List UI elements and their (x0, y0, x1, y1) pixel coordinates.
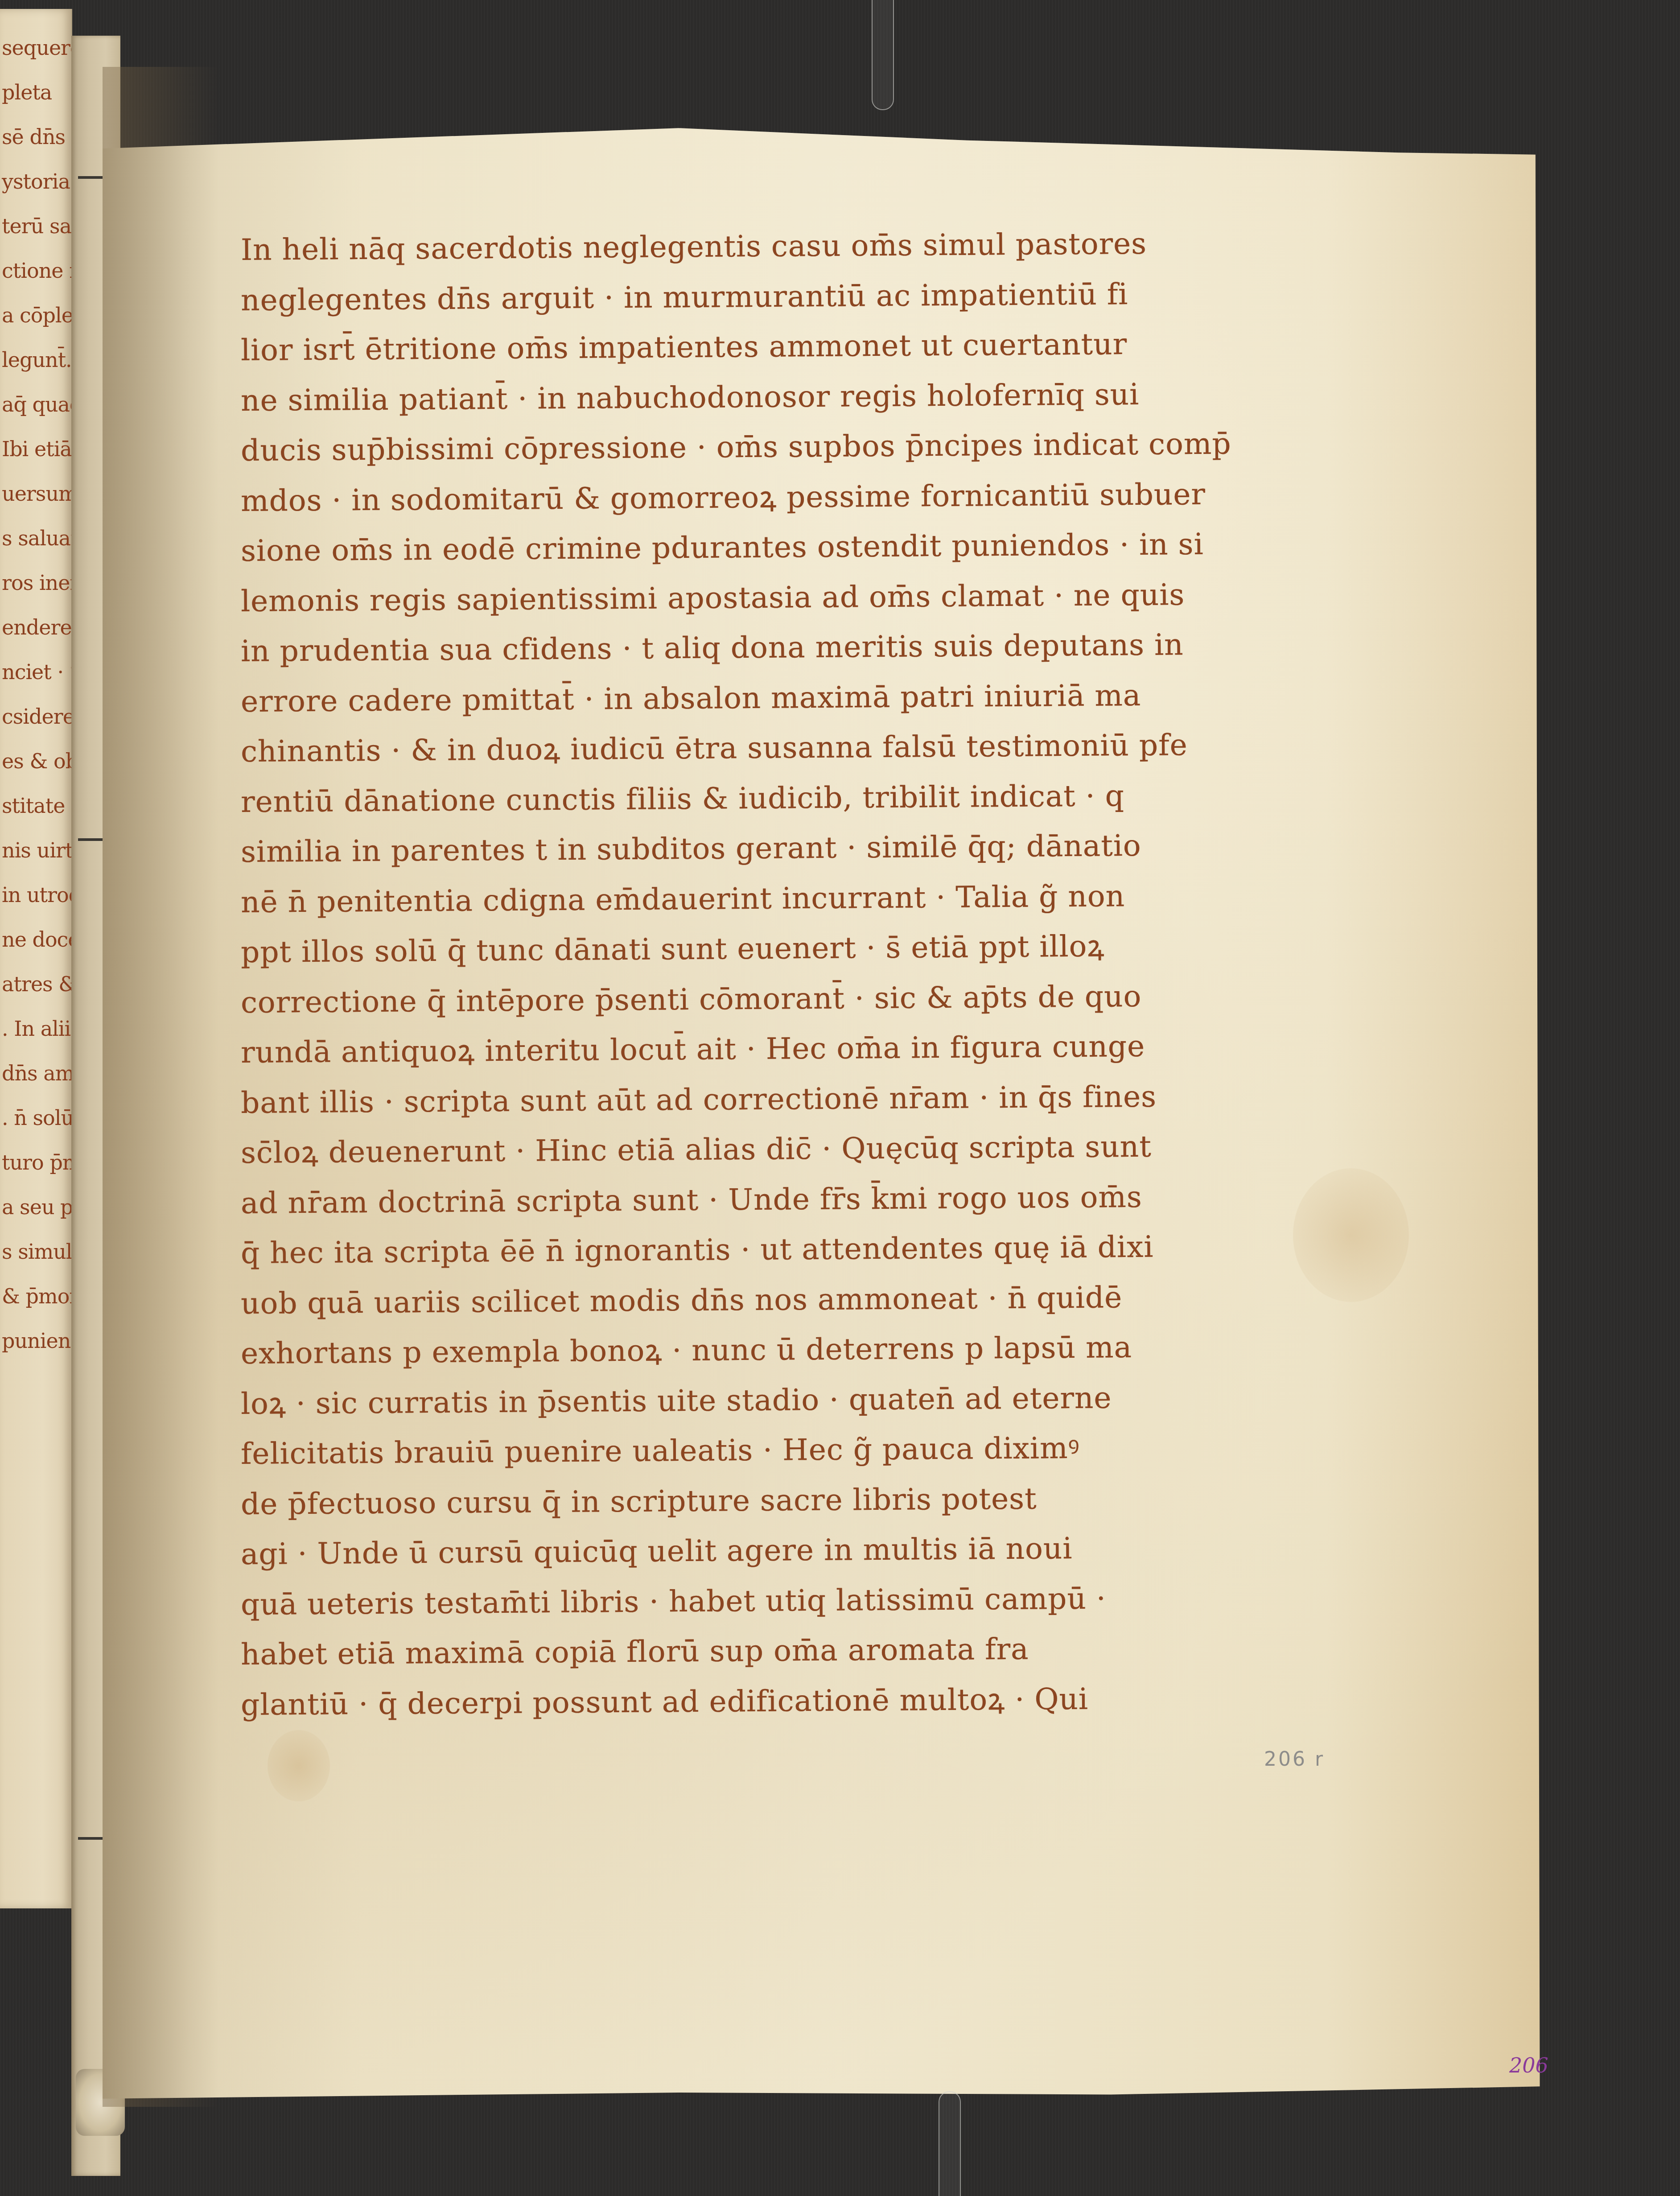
manuscript-line: neglegentes dn̄s arguit · in murmurantiū… (241, 268, 1383, 325)
verso-line: & p̄monent (2, 1284, 72, 1308)
manuscript-line: uob quā uariis scilicet modis dn̄s nos a… (241, 1271, 1383, 1329)
verso-line: pleta (2, 80, 52, 104)
verso-line: s saluan (2, 526, 72, 550)
manuscript-line: glantiū · q̄ decerpi possunt ad edificat… (241, 1672, 1383, 1730)
manuscript-line: lemonis regis sapientissimi apostasia ad… (241, 569, 1383, 626)
verso-line: . n̄ solū in h (2, 1106, 72, 1130)
verso-line: puniendos (2, 1329, 72, 1353)
page-holder-clip-top (872, 0, 894, 110)
verso-line: . In aliis g̃ ui (2, 1017, 72, 1041)
verso-line: in utroq ro (2, 883, 72, 907)
manuscript-text-block: In heli nāq sacerdotis neglegentis casu … (241, 225, 1382, 1730)
verso-line: ne docentes (2, 927, 72, 952)
stamped-folio-number: 206 (1509, 2053, 1548, 2077)
manuscript-line: in prudentia sua cfidens · t aliq dona m… (241, 618, 1383, 676)
manuscript-line: agi · Unde ū cursū quicūq uelit agere in… (241, 1521, 1383, 1579)
manuscript-line: ppt illos solū q̄ tunc dānati sunt euene… (241, 919, 1383, 977)
manuscript-line: similia in parentes t in subditos gerant… (241, 819, 1383, 877)
verso-line: endere cu (2, 615, 72, 639)
verso-line: s simul negle (2, 1240, 72, 1264)
verso-line: ctione r̄t (2, 259, 72, 283)
verso-line: ystoria (2, 169, 70, 194)
manuscript-line: correctione q̄ intēpore p̄senti cōmorant… (241, 970, 1383, 1028)
verso-line: terū sacra (2, 214, 72, 238)
manuscript-line: ne similia patiant̄ · in nabuchodonosor … (241, 368, 1383, 426)
manuscript-line: quā ueteris testam̄ti libris · habet uti… (241, 1572, 1383, 1630)
manuscript-line: mdos · in sodomitarū & gomorreoꝝ pessime… (241, 468, 1383, 526)
verso-line: a seu p quib (2, 1195, 72, 1219)
manuscript-line: q̄ hec ita scripta ēē n̄ ignorantis · ut… (241, 1220, 1383, 1278)
manuscript-line: bant illis · scripta sunt aūt ad correct… (241, 1070, 1383, 1128)
verso-line: es & obedi (2, 749, 72, 773)
verso-line: ros inere (2, 571, 72, 595)
verso-line: atres & filios (2, 972, 72, 996)
manuscript-line: rentiū dānatione cunctis filiis & iudici… (241, 769, 1383, 827)
manuscript-line: lior isrt̄ ētritione om̄s impatientes am… (241, 317, 1383, 375)
verso-line: Ibi etiā (2, 437, 72, 461)
manuscript-line: de p̄fectuoso cursu q̄ in scripture sacr… (241, 1471, 1383, 1529)
manuscript-line: In heli nāq sacerdotis neglegentis casu … (241, 217, 1383, 275)
manuscript-line: sione om̄s in eodē crimine pdurantes ost… (241, 518, 1383, 576)
verso-line: aq̄ quae (2, 392, 72, 416)
manuscript-line: felicitatis brauiū puenire ualeatis · He… (241, 1421, 1383, 1479)
verso-line: sē dn̄s (2, 125, 65, 149)
manuscript-line: rundā antiquoꝝ interitu locut̄ ait · Hec… (241, 1020, 1383, 1078)
manuscript-line: chinantis · & in duoꝝ iudicū ētra susann… (241, 719, 1383, 777)
verso-line: nciet · Sed (2, 660, 72, 684)
page-holder-clip-bottom (939, 2091, 961, 2196)
verso-line: uersum (2, 482, 72, 506)
manuscript-line: loꝝ · sic curratis in p̄sentis uite stad… (241, 1371, 1383, 1429)
verso-line: turo p̄mia ę (2, 1150, 72, 1174)
verso-line: a cōpleta (2, 303, 72, 327)
verso-line: legunt̄. (2, 348, 72, 372)
manuscript-line: exhortans p exempla bonoꝝ · nunc ū deter… (241, 1321, 1383, 1379)
manuscript-line: ducis sup̄bissimi cōpressione · om̄s sup… (241, 418, 1383, 476)
water-stain (268, 1730, 330, 1801)
manuscript-line: ad nr̄am doctrinā scripta sunt · Unde fr… (241, 1170, 1383, 1228)
verso-line: csideren (2, 705, 72, 729)
manuscript-line: nē n̄ penitentia cdigna em̄dauerint incu… (241, 869, 1383, 927)
manuscript-line: sc̄loꝝ deuenerunt · Hinc etiā alias dic̄… (241, 1120, 1383, 1178)
manuscript-line: habet etiā maximā copiā florū sup om̄a a… (241, 1622, 1383, 1680)
verso-line: stitate om̄s (2, 794, 72, 818)
facing-verso-page: sequerē pleta sē dn̄s ystoria terū sacra… (0, 9, 72, 1908)
verso-line: dn̄s ammonē (2, 1061, 72, 1085)
verso-line: sequerē (2, 36, 72, 60)
verso-line: nis uirtutib (2, 838, 72, 862)
manuscript-line: errore cadere pmittat̄ · in absalon maxi… (241, 669, 1383, 727)
pencil-folio-number: 206 r (1264, 1748, 1325, 1771)
